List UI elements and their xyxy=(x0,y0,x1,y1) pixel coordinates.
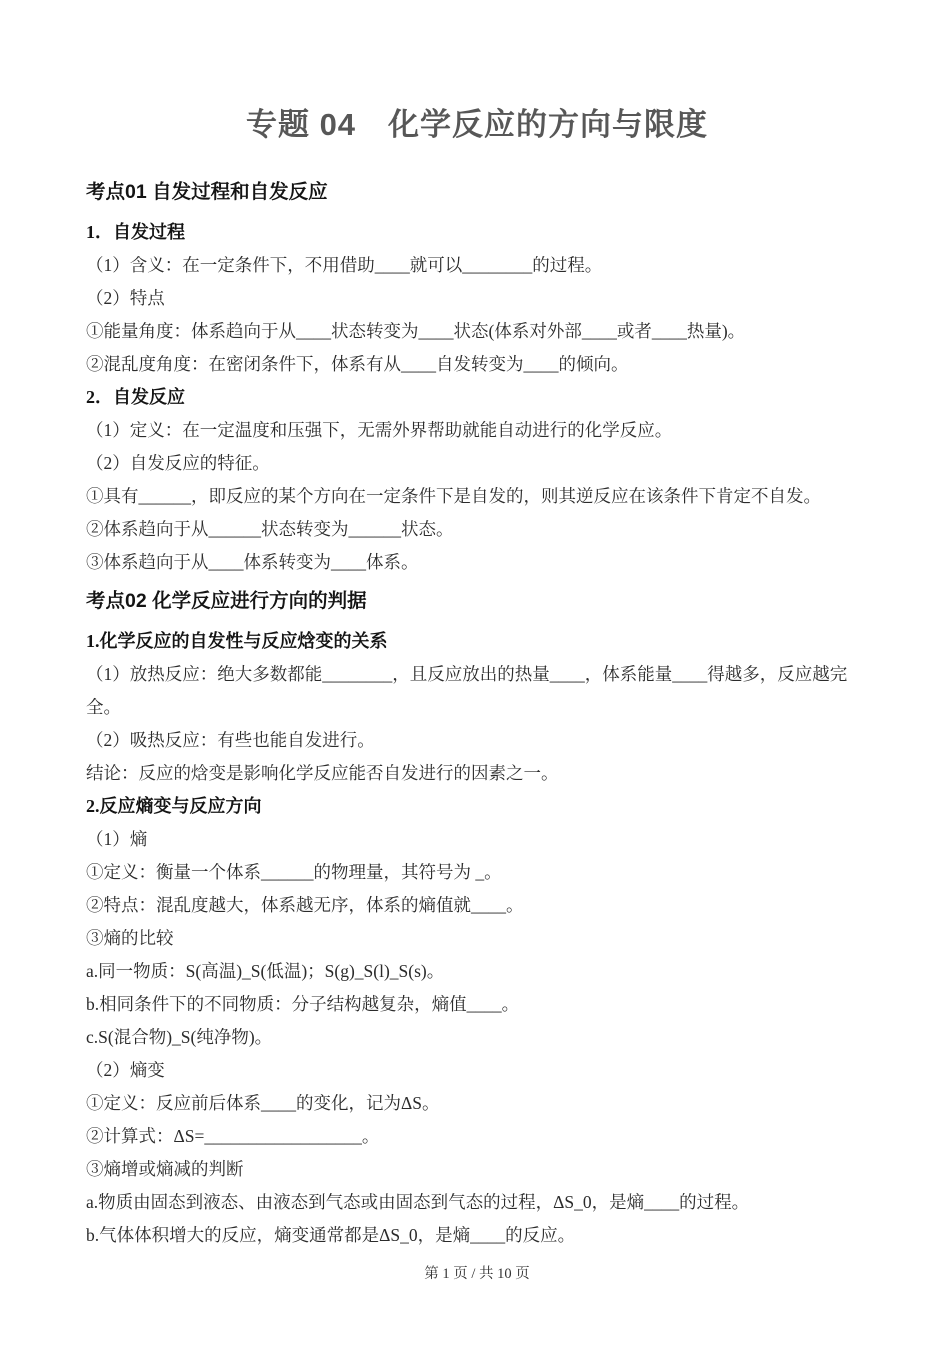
text-line: （1）放热反应：绝大多数都能________，且反应放出的热量____，体系能量… xyxy=(86,658,868,724)
sub-heading: 2．自发反应 xyxy=(86,381,868,414)
doc-title: 专题 04 化学反应的方向与限度 xyxy=(86,102,868,148)
sub-heading: 1.化学反应的自发性与反应焓变的关系 xyxy=(86,625,868,658)
text-line: b.相同条件下的不同物质：分子结构越复杂，熵值____。 xyxy=(86,988,868,1021)
text-line: ③熵的比较 xyxy=(86,922,868,955)
text-line: ②特点：混乱度越大，体系越无序，体系的熵值就____。 xyxy=(86,889,868,922)
text-line: （2）特点 xyxy=(86,282,868,315)
text-line: ①定义：衡量一个体系______的物理量，其符号为 _。 xyxy=(86,856,868,889)
section-heading-01: 考点01 自发过程和自发反应 xyxy=(86,174,868,210)
text-line: （1）熵 xyxy=(86,823,868,856)
text-line: ②混乱度角度：在密闭条件下，体系有从____自发转变为____的倾向。 xyxy=(86,348,868,381)
text-line: ③熵增或熵减的判断 xyxy=(86,1153,868,1186)
text-line: ①具有______，即反应的某个方向在一定条件下是自发的，则其逆反应在该条件下肯… xyxy=(86,480,868,513)
document-page: 专题 04 化学反应的方向与限度 考点01 自发过程和自发反应 1．自发过程 （… xyxy=(0,0,952,1347)
text-line: （2）自发反应的特征。 xyxy=(86,447,868,480)
text-line: a.同一物质：S(高温)_S(低温)；S(g)_S(l)_S(s)。 xyxy=(86,955,868,988)
text-line: b.气体体积增大的反应，熵变通常都是ΔS_0，是熵____的反应。 xyxy=(86,1219,868,1252)
text-line: ②体系趋向于从______状态转变为______状态。 xyxy=(86,513,868,546)
page-footer: 第 1 页 / 共 10 页 xyxy=(86,1264,868,1284)
text-line: （1）含义：在一定条件下，不用借助____就可以________的过程。 xyxy=(86,249,868,282)
text-line: 结论：反应的焓变是影响化学反应能否自发进行的因素之一。 xyxy=(86,757,868,790)
sub-heading: 1．自发过程 xyxy=(86,216,868,249)
text-line: （2）吸热反应：有些也能自发进行。 xyxy=(86,724,868,757)
text-line: c.S(混合物)_S(纯净物)。 xyxy=(86,1021,868,1054)
text-line: a.物质由固态到液态、由液态到气态或由固态到气态的过程，ΔS_0，是熵____的… xyxy=(86,1186,868,1219)
text-line: ①定义：反应前后体系____的变化，记为ΔS。 xyxy=(86,1087,868,1120)
text-line: （1）定义：在一定温度和压强下，无需外界帮助就能自动进行的化学反应。 xyxy=(86,414,868,447)
section-heading-02: 考点02 化学反应进行方向的判据 xyxy=(86,583,868,619)
text-line: ①能量角度：体系趋向于从____状态转变为____状态(体系对外部____或者_… xyxy=(86,315,868,348)
sub-heading: 2.反应熵变与反应方向 xyxy=(86,790,868,823)
text-line: ③体系趋向于从____体系转变为____体系。 xyxy=(86,546,868,579)
text-line: （2）熵变 xyxy=(86,1054,868,1087)
text-line: ②计算式：ΔS=__________________。 xyxy=(86,1120,868,1153)
